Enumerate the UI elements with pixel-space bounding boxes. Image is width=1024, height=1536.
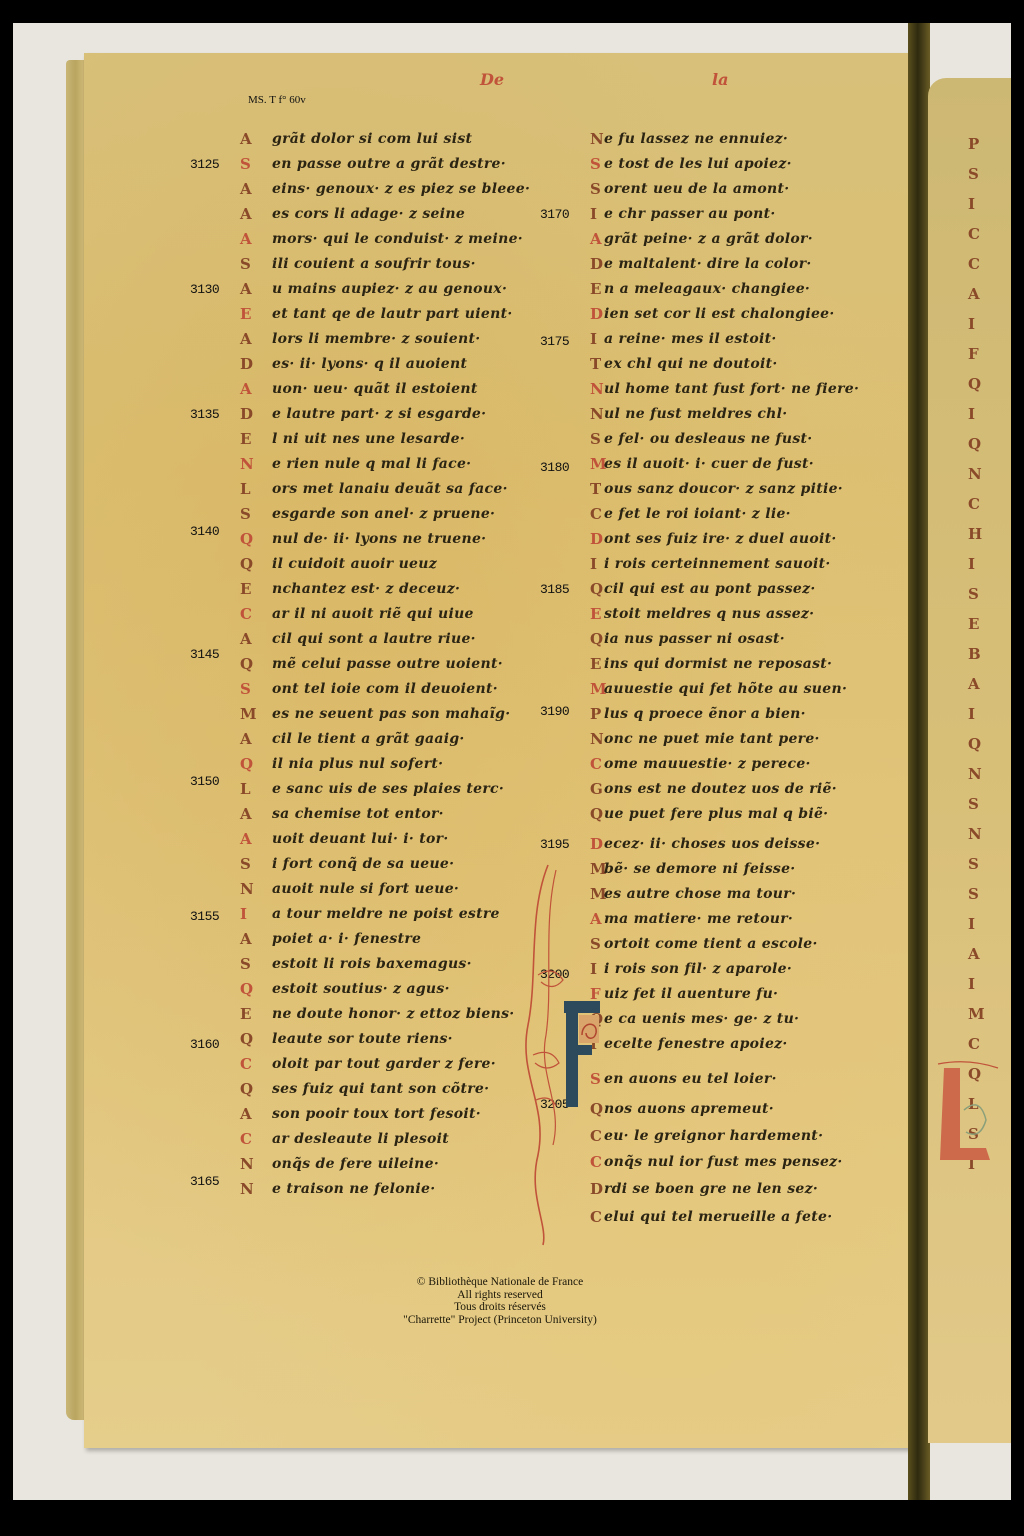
verse-line: cil le tient a grãt gaaig· [272, 731, 465, 747]
verse-line: stoit meldres q nus assez· [604, 606, 814, 622]
verse-line: auuestie qui fet hõte au suen· [604, 681, 847, 697]
verse-initial: A [240, 280, 252, 298]
line-number: 3130 [190, 282, 219, 297]
facing-page-initial: S [968, 885, 979, 903]
verse-initial: S [590, 935, 601, 953]
verse-initial: E [240, 580, 251, 598]
verse-initial: T [590, 480, 601, 498]
verse-initial: E [240, 1005, 251, 1023]
verse-line: e chr passer au pont· [604, 206, 776, 222]
copyright-line: Tous droits réservés [380, 1301, 620, 1314]
verse-initial: L [240, 780, 251, 798]
verse-line: ont tel ioie com il deuoient· [272, 681, 498, 697]
verse-line: e ca uenis mes· ge· z tu· [604, 1011, 799, 1027]
verse-line: es autre chose ma tour· [604, 886, 796, 902]
verse-initial: A [240, 130, 252, 148]
verse-initial: Q [240, 1080, 253, 1098]
facing-page-initial: Q [968, 435, 981, 453]
verse-line: e fet le roi ioiant· z lie· [604, 506, 791, 522]
facing-page-initial: S [968, 585, 979, 603]
verse-line: bẽ· se demore ni feisse· [604, 861, 795, 877]
verse-line: i rois son fil· z aparole· [604, 961, 792, 977]
verse-line: e lautre part· z si esgarde· [272, 406, 486, 422]
verse-initial: Q [240, 655, 253, 673]
verse-line: es il auoit· i· cuer de fust· [604, 456, 814, 472]
verse-initial: S [240, 855, 251, 873]
verse-initial: D [240, 405, 253, 423]
facing-page-initial: S [968, 795, 979, 813]
line-number: 3195 [540, 837, 569, 852]
verse-initial: M [240, 705, 257, 723]
verse-line: cil qui est au pont passez· [604, 581, 816, 597]
facing-page-initial: I [968, 405, 975, 423]
verse-line: son pooir toux tort fesoit· [272, 1106, 481, 1122]
verse-line: e fu lassez ne ennuiez· [604, 131, 788, 147]
facing-page-initial: S [968, 855, 979, 873]
verse-line: ien set cor li est chalongiee· [604, 306, 835, 322]
verse-initial: Q [590, 580, 603, 598]
copyright-line: "Charrette" Project (Princeton Universit… [380, 1314, 620, 1327]
verse-initial: I [240, 905, 247, 923]
verse-initial: E [590, 605, 601, 623]
verse-line: et tant qe de lautr part uient· [272, 306, 513, 322]
verse-line: ecelte fenestre apoiez· [604, 1036, 788, 1052]
verse-initial: D [590, 1180, 603, 1198]
verse-line: ons est ne doutez uos de riẽ· [604, 781, 837, 797]
facing-page-initial: I [968, 195, 975, 213]
verse-initial: A [240, 830, 252, 848]
facing-page-initial: A [968, 675, 980, 693]
verse-initial: D [590, 255, 603, 273]
verse-initial: A [240, 1105, 252, 1123]
verse-line: a reine· mes il estoit· [604, 331, 777, 347]
facing-page-initial: I [968, 915, 975, 933]
verse-line: sa chemise tot entor· [272, 806, 444, 822]
facing-page-recto [928, 78, 1011, 1443]
verse-line: uiz fet il auenture fu· [604, 986, 778, 1002]
verse-line: ia nus passer ni osast· [604, 631, 785, 647]
verse-initial: T [590, 355, 601, 373]
verse-line: esgarde son anel· z pruene· [272, 506, 495, 522]
verse-line: eins· genoux· z es piez se bleee· [272, 181, 530, 197]
verse-initial: S [240, 680, 251, 698]
verse-initial: N [590, 730, 604, 748]
verse-line: ul ne fust meldres chl· [604, 406, 787, 422]
verse-line: es· ii· lyons· q il auoient [272, 356, 467, 372]
verse-line: es cors li adage· z seine [272, 206, 465, 222]
verse-initial: C [590, 1127, 602, 1145]
verse-line: auoit nule si fort ueue· [272, 881, 459, 897]
verse-line: uoit deuant lui· i· tor· [272, 831, 449, 847]
verse-line: e maltalent· dire la color· [604, 256, 812, 272]
verse-line: rdi se boen gre ne len sez· [604, 1181, 818, 1197]
facing-page-initial: C [968, 255, 980, 273]
line-number: 3190 [540, 704, 569, 719]
verse-line: uon· ueu· quãt il estoient [272, 381, 478, 397]
verse-initial: Q [590, 630, 603, 648]
verse-initial: C [240, 1130, 252, 1148]
verse-initial: C [240, 1055, 252, 1073]
verse-initial: S [240, 155, 251, 173]
verse-line: ins qui dormist ne reposast· [604, 656, 832, 672]
line-number: 3175 [540, 334, 569, 349]
verse-line: onq̃s de fere uileine· [272, 1156, 439, 1172]
facing-page-initial: I [968, 555, 975, 573]
verse-initial: Q [240, 530, 253, 548]
verse-initial: A [240, 230, 252, 248]
verse-initial: I [590, 555, 597, 573]
verse-line: ses fuiz qui tant son cõtre· [272, 1081, 489, 1097]
line-number: 3170 [540, 207, 569, 222]
copyright-line: All rights reserved [380, 1289, 620, 1302]
verse-initial: E [240, 430, 251, 448]
verse-initial: N [240, 1155, 254, 1173]
verse-line: e sanc uis de ses plaies terc· [272, 781, 504, 797]
book-gutter [908, 23, 930, 1500]
facing-page-initial: I [968, 705, 975, 723]
verse-initial: N [240, 880, 254, 898]
verse-line: l ni uit nes une lesarde· [272, 431, 465, 447]
verse-line: a tour meldre ne poist estre [272, 906, 500, 922]
line-number: 3135 [190, 407, 219, 422]
verse-line: ar desleaute li plesoit [272, 1131, 449, 1147]
verse-initial: C [590, 1153, 602, 1171]
verse-line: lors li membre· z souient· [272, 331, 480, 347]
line-number: 3165 [190, 1174, 219, 1189]
verse-line: grãt dolor si com lui sist [272, 131, 472, 147]
verse-line: eu· le greignor hardement· [604, 1128, 823, 1144]
verse-line: i fort conq̃ de sa ueue· [272, 856, 454, 872]
verse-initial: C [590, 1208, 602, 1226]
copyright-line: © Bibliothèque Nationale de France [380, 1276, 620, 1289]
verse-line: orent ueu de la amont· [604, 181, 789, 197]
verse-initial: S [590, 155, 601, 173]
verse-line: ue puet fere plus mal q biẽ· [604, 806, 828, 822]
facing-page-initial: C [968, 1035, 980, 1053]
verse-line: en passe outre a grãt destre· [272, 156, 506, 172]
verse-line: ex chl qui ne doutoit· [604, 356, 778, 372]
verse-line: ome mauuestie· z perece· [604, 756, 811, 772]
verse-line: cil qui sont a lautre riue· [272, 631, 476, 647]
verse-initial: S [240, 505, 251, 523]
verse-line: ma matiere· me retour· [604, 911, 793, 927]
line-number: 3145 [190, 647, 219, 662]
facing-page-initial: A [968, 945, 980, 963]
verse-initial: E [590, 280, 601, 298]
verse-initial: S [240, 955, 251, 973]
verse-line: mẽ celui passe outre uoient· [272, 656, 503, 672]
verse-line: nchantez est· z deceuz· [272, 581, 460, 597]
verse-line: ont ses fuiz ire· z duel auoit· [604, 531, 837, 547]
verse-line: estoit soutius· z agus· [272, 981, 450, 997]
facing-page-initial: A [968, 285, 980, 303]
verse-initial: A [240, 730, 252, 748]
facing-page-initial: H [968, 525, 982, 543]
verse-initial: N [240, 455, 254, 473]
verse-initial: A [240, 180, 252, 198]
verse-line: lus q proece ẽnor a bien· [604, 706, 806, 722]
verse-line: ne doute honor· z ettoz biens· [272, 1006, 514, 1022]
verse-initial: Q [240, 1030, 253, 1048]
verse-initial: N [590, 130, 604, 148]
verse-line: n a meleagaux· changiee· [604, 281, 810, 297]
verse-initial: A [590, 910, 602, 928]
verse-line: ili couient a soufrir tous· [272, 256, 476, 272]
verse-line: ortoit come tient a escole· [604, 936, 818, 952]
decorated-initial-f [560, 995, 602, 1115]
verse-line: grãt peine· z a grãt dolor· [604, 231, 813, 247]
running-head-left: De [480, 70, 504, 89]
verse-initial: N [590, 380, 604, 398]
verse-initial: Q [240, 980, 253, 998]
verse-initial: D [240, 355, 253, 373]
facing-page-initial: I [968, 315, 975, 333]
verse-initial: S [590, 430, 601, 448]
line-number: 3160 [190, 1037, 219, 1052]
line-number: 3125 [190, 157, 219, 172]
verse-initial: N [240, 1180, 254, 1198]
verse-initial: A [240, 805, 252, 823]
verse-initial: L [240, 480, 251, 498]
verse-initial: A [590, 230, 602, 248]
verse-line: nos auons apremeut· [604, 1101, 774, 1117]
verse-initial: A [240, 930, 252, 948]
facing-page-initial: N [968, 765, 982, 783]
verse-line: ors met lanaiu deuãt sa face· [272, 481, 508, 497]
verse-line: es ne seuent pas son mahaĩg· [272, 706, 510, 722]
verse-line: estoit li rois baxemagus· [272, 956, 472, 972]
line-number: 3140 [190, 524, 219, 539]
verse-line: il nia plus nul sofert· [272, 756, 443, 772]
verse-line: ecez· ii· choses uos deisse· [604, 836, 820, 852]
verse-initial: A [240, 330, 252, 348]
decorated-initial-l [930, 1060, 1000, 1170]
line-number: 3180 [540, 460, 569, 475]
verse-initial: A [240, 630, 252, 648]
facing-page-initial: B [968, 645, 981, 663]
verse-line: oloit par tout garder z fere· [272, 1056, 496, 1072]
verse-initial: P [590, 705, 601, 723]
verse-initial: Q [240, 755, 253, 773]
verse-line: poiet a· i· fenestre [272, 931, 421, 947]
verse-line: onc ne puet mie tant pere· [604, 731, 820, 747]
verse-initial: I [590, 205, 597, 223]
facing-page-initial: E [968, 615, 979, 633]
verse-initial: A [240, 205, 252, 223]
facing-page-initial: Q [968, 375, 981, 393]
verse-initial: E [240, 305, 251, 323]
verse-initial: C [240, 605, 252, 623]
verse-initial: D [590, 305, 603, 323]
verse-line: e traison ne felonie· [272, 1181, 435, 1197]
facing-page-initial: C [968, 495, 980, 513]
facing-page-initial: F [968, 345, 979, 363]
verse-initial: C [590, 505, 602, 523]
running-head-right: la [712, 70, 728, 89]
verse-initial: D [590, 835, 603, 853]
verse-line: ar il ni auoit riẽ qui uiue [272, 606, 474, 622]
verse-initial: N [590, 405, 604, 423]
verse-line: u mains aupiez· z au genoux· [272, 281, 507, 297]
facing-page-initial: S [968, 165, 979, 183]
verse-line: nul de· ii· lyons ne truene· [272, 531, 486, 547]
folio-label: MS. T f° 60v [248, 94, 306, 106]
verse-initial: Q [240, 555, 253, 573]
facing-page-initial: I [968, 975, 975, 993]
facing-page-initial: C [968, 225, 980, 243]
verse-initial: I [590, 960, 597, 978]
facing-page-initial: M [968, 1005, 985, 1023]
verse-line: il cuidoit auoir ueuz [272, 556, 437, 572]
verse-line: e rien nule q mal li face· [272, 456, 471, 472]
verse-line: mors· qui le conduist· z meine· [272, 231, 523, 247]
line-number: 3150 [190, 774, 219, 789]
verse-initial: D [590, 530, 603, 548]
facing-page-initial: N [968, 825, 982, 843]
facing-page-initial: P [968, 135, 979, 153]
verse-initial: I [590, 330, 597, 348]
verse-initial: Q [590, 805, 603, 823]
verse-line: elui qui tel merueille a fete· [604, 1209, 832, 1225]
verse-line: i rois certeinnement sauoit· [604, 556, 831, 572]
verse-initial: E [590, 655, 601, 673]
facing-page-initial: N [968, 465, 982, 483]
verse-initial: A [240, 380, 252, 398]
verse-line: e fel· ou desleaus ne fust· [604, 431, 812, 447]
verse-line: en auons eu tel loier· [604, 1071, 777, 1087]
verse-initial: C [590, 755, 602, 773]
verse-line: onq̃s nul ior fust mes pensez· [604, 1154, 843, 1170]
line-number: 3155 [190, 909, 219, 924]
line-number: 3185 [540, 582, 569, 597]
verse-line: ul home tant fust fort· ne fiere· [604, 381, 859, 397]
facing-page-initial: Q [968, 735, 981, 753]
verse-line: ous sanz doucor· z sanz pitie· [604, 481, 843, 497]
verse-line: leaute sor toute riens· [272, 1031, 453, 1047]
verse-initial: S [240, 255, 251, 273]
copyright-notice: © Bibliothèque Nationale de France All r… [380, 1276, 620, 1326]
verse-line: e tost de les lui apoiez· [604, 156, 792, 172]
verse-initial: S [590, 180, 601, 198]
verse-initial: G [590, 780, 603, 798]
